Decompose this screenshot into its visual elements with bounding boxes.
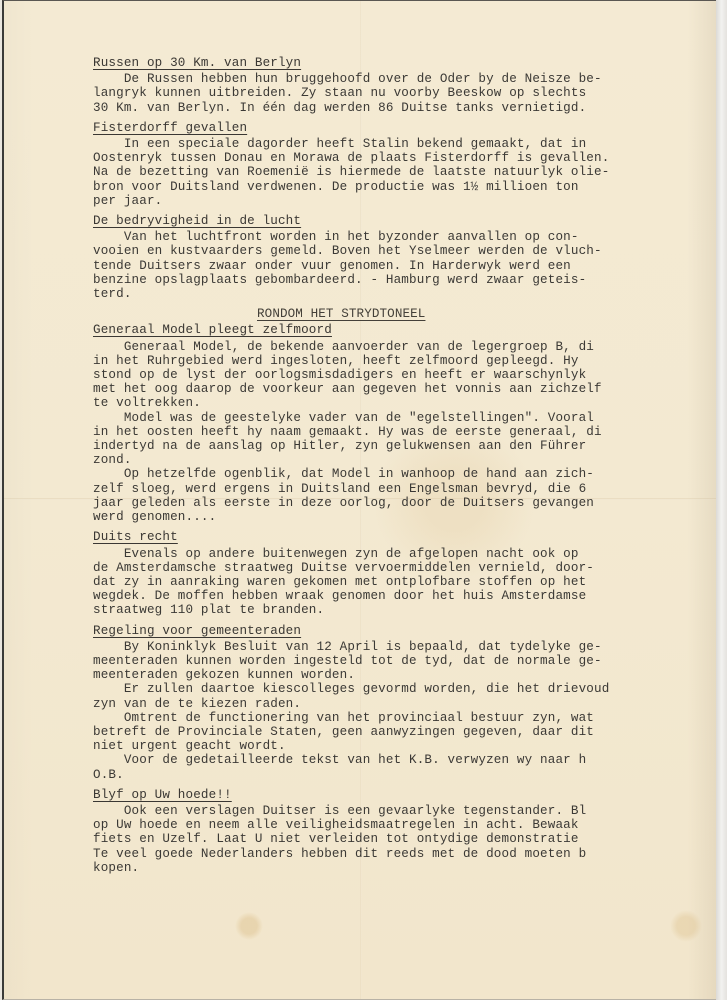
section-heading: Russen op 30 Km. van Berlyn (93, 56, 301, 70)
paragraph-line: jaar geleden als eerste in deze oorlog, … (93, 496, 653, 510)
section-heading: Generaal Model pleegt zelfmoord (93, 323, 332, 337)
section-heading: Blyf op Uw hoede!! (93, 788, 232, 802)
paragraph-line: Te veel goede Nederlanders hebben dit re… (93, 847, 653, 861)
paragraph-line: indertyd na de aanslag op Hitler, zyn ge… (93, 439, 653, 453)
paragraph-line: wegdek. De moffen hebben wraak genomen d… (93, 589, 653, 603)
section-gemeenteraden: Regeling voor gemeenteraden By Koninklyk… (93, 624, 653, 782)
paragraph-line: Op hetzelfde ogenblik, dat Model in wanh… (93, 467, 653, 481)
section-heading: Regeling voor gemeenteraden (93, 624, 301, 638)
paragraph-line: Generaal Model, de bekende aanvoerder va… (93, 340, 653, 354)
paragraph-line: zelf sloeg, werd ergens in Duitsland een… (93, 482, 653, 496)
paragraph-line: met het oog daarop de voorkeur aan gegev… (93, 382, 653, 396)
paragraph-line: O.B. (93, 768, 653, 782)
paragraph-line: te voltrekken. (93, 396, 653, 410)
paragraph-line: niet urgent geacht wordt. (93, 739, 653, 753)
banner-heading: RONDOM HET STRYDTONEEL (93, 307, 653, 321)
paragraph-line: In een speciale dagorder heeft Stalin be… (93, 137, 653, 151)
paragraph-line: Na de bezetting van Roemenië is hiermede… (93, 165, 653, 179)
paragraph-line: zond. (93, 453, 653, 467)
paragraph-line: in het oosten heeft hy naam gemaakt. Hy … (93, 425, 653, 439)
section-model: Generaal Model pleegt zelfmoord Generaal… (93, 323, 653, 524)
paragraph-line: benzine opslagplaats gebombardeerd. - Ha… (93, 273, 653, 287)
section-heading: Duits recht (93, 530, 178, 544)
paragraph-line: zyn van de te kiezen raden. (93, 697, 653, 711)
paragraph-line: Voor de gedetailleerde tekst van het K.B… (93, 753, 653, 767)
paragraph-line: meenteraden kunnen worden ingesteld tot … (93, 654, 653, 668)
paragraph-line: kopen. (93, 861, 653, 875)
scan-edge-strip (716, 0, 727, 1000)
paragraph-line: betreft de Provinciale Staten, geen aanw… (93, 725, 653, 739)
paragraph-line: Oostenryk tussen Donau en Morawa de plaa… (93, 151, 653, 165)
section-heading: Fisterdorff gevallen (93, 121, 247, 135)
section-duits-recht: Duits recht Evenals op andere buitenwege… (93, 530, 653, 617)
paragraph-line: meenteraden gekozen kunnen worden. (93, 668, 653, 682)
paragraph-line: stond op de lyst der oorlogsmisdadigers … (93, 368, 653, 382)
section-lucht: De bedryvigheid in de lucht Van het luch… (93, 214, 653, 301)
paragraph-line: bron voor Duitsland verdwenen. De produc… (93, 180, 653, 194)
paragraph-line: fiets en Uzelf. Laat U niet verleiden to… (93, 832, 653, 846)
paragraph-line: tende Duitsers zwaar onder vuur genomen.… (93, 259, 653, 273)
paragraph-line: 30 Km. van Berlyn. In één dag werden 86 … (93, 101, 653, 115)
paragraph-line: De Russen hebben hun bruggehoofd over de… (93, 72, 653, 86)
paragraph-line: de Amsterdamsche straatweg Duitse vervoe… (93, 561, 653, 575)
paragraph-line: op Uw hoede en neem alle veiligheidsmaat… (93, 818, 653, 832)
paragraph-line: Er zullen daartoe kiescolleges gevormd w… (93, 682, 653, 696)
paragraph-line: werd genomen.... (93, 510, 653, 524)
paragraph-line: Model was de geestelyke vader van de "eg… (93, 411, 653, 425)
paragraph-line: Van het luchtfront worden in het byzonde… (93, 230, 653, 244)
paragraph-line: terd. (93, 287, 653, 301)
paragraph-line: Omtrent de functionering van het provinc… (93, 711, 653, 725)
section-fisterdorff: Fisterdorff gevallen In een speciale dag… (93, 121, 653, 208)
paragraph-line: Evenals op andere buitenwegen zyn de afg… (93, 547, 653, 561)
section-heading: De bedryvigheid in de lucht (93, 214, 301, 228)
paragraph-line: Ook een verslagen Duitser is een gevaarl… (93, 804, 653, 818)
section-russen: Russen op 30 Km. van Berlyn De Russen he… (93, 56, 653, 115)
paragraph-line: By Koninklyk Besluit van 12 April is bep… (93, 640, 653, 654)
paragraph-line: dat zy in aanraking waren gekomen met on… (93, 575, 653, 589)
paragraph-line: per jaar. (93, 194, 653, 208)
bulletin-body: Russen op 30 Km. van Berlyn De Russen he… (93, 56, 653, 881)
section-blyf-op-uw-hoede: Blyf op Uw hoede!! Ook een verslagen Dui… (93, 788, 653, 875)
paragraph-line: in het Ruhrgebied werd ingesloten, heeft… (93, 354, 653, 368)
paragraph-line: straatweg 110 plat te branden. (93, 603, 653, 617)
paragraph-line: langryk kunnen uitbreiden. Zy staan nu v… (93, 86, 653, 100)
paragraph-line: vooien en kustvaarders gemeld. Boven het… (93, 244, 653, 258)
